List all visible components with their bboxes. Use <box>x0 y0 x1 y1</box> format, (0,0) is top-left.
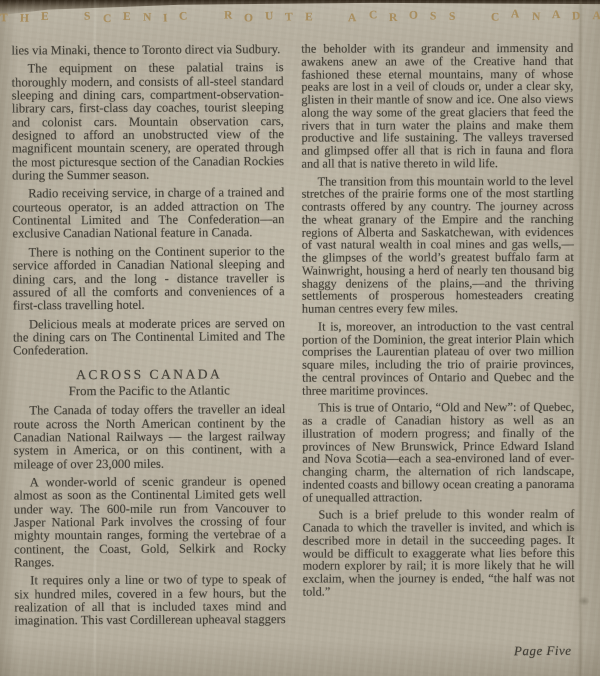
right-para-beholder: the beholder with its grandeur and immen… <box>301 42 573 170</box>
left-para-delicious-meals: Delicious meals at moderate prices are s… <box>13 317 285 358</box>
right-para-prairie-transition: The transition from this mountain world … <box>302 174 574 315</box>
text-columns: lies via Minaki, thence to Toronto direc… <box>11 42 575 634</box>
paper-stain-small <box>578 596 590 606</box>
left-para-continent-superior: There is nothing on the Continent superi… <box>13 245 285 313</box>
section-heading-across-canada: ACROSS CANADA <box>13 367 285 382</box>
running-head-title: THE SCENIC ROUTE ACROSS CANADA <box>0 10 600 25</box>
right-para-dominion-plain: It is, moreover, an introduction to the … <box>302 320 574 397</box>
right-column: the beholder with its grandeur and immen… <box>301 42 575 631</box>
left-para-minaki: lies via Minaki, thence to Toronto direc… <box>11 43 283 58</box>
left-para-equipment: The equipment on these palatial trains i… <box>12 61 285 183</box>
section-subheading-pacific-atlantic: From the Pacific to the Atlantic <box>13 384 285 399</box>
paper-crease-right <box>578 0 583 676</box>
left-para-radio-service: Radio receiving service, in charge of a … <box>12 186 284 241</box>
left-para-canada-today: The Canada of today offers the traveller… <box>13 403 285 471</box>
left-para-wonder-world: A wonder-world of scenic grandeur is ope… <box>14 475 286 570</box>
left-column: lies via Minaki, thence to Toronto direc… <box>11 43 286 633</box>
right-para-prelude: Such is a brief prelude to this wonder r… <box>302 508 574 598</box>
brochure-page: THE SCENIC ROUTE ACROSS CANADA lies via … <box>0 0 600 676</box>
left-para-six-hundred-miles: It requires only a line or two of type t… <box>14 573 286 628</box>
page-number: Page Five <box>514 643 572 659</box>
right-para-ontario-maritimes: This is true of Ontario, “Old and New”: … <box>302 401 574 504</box>
